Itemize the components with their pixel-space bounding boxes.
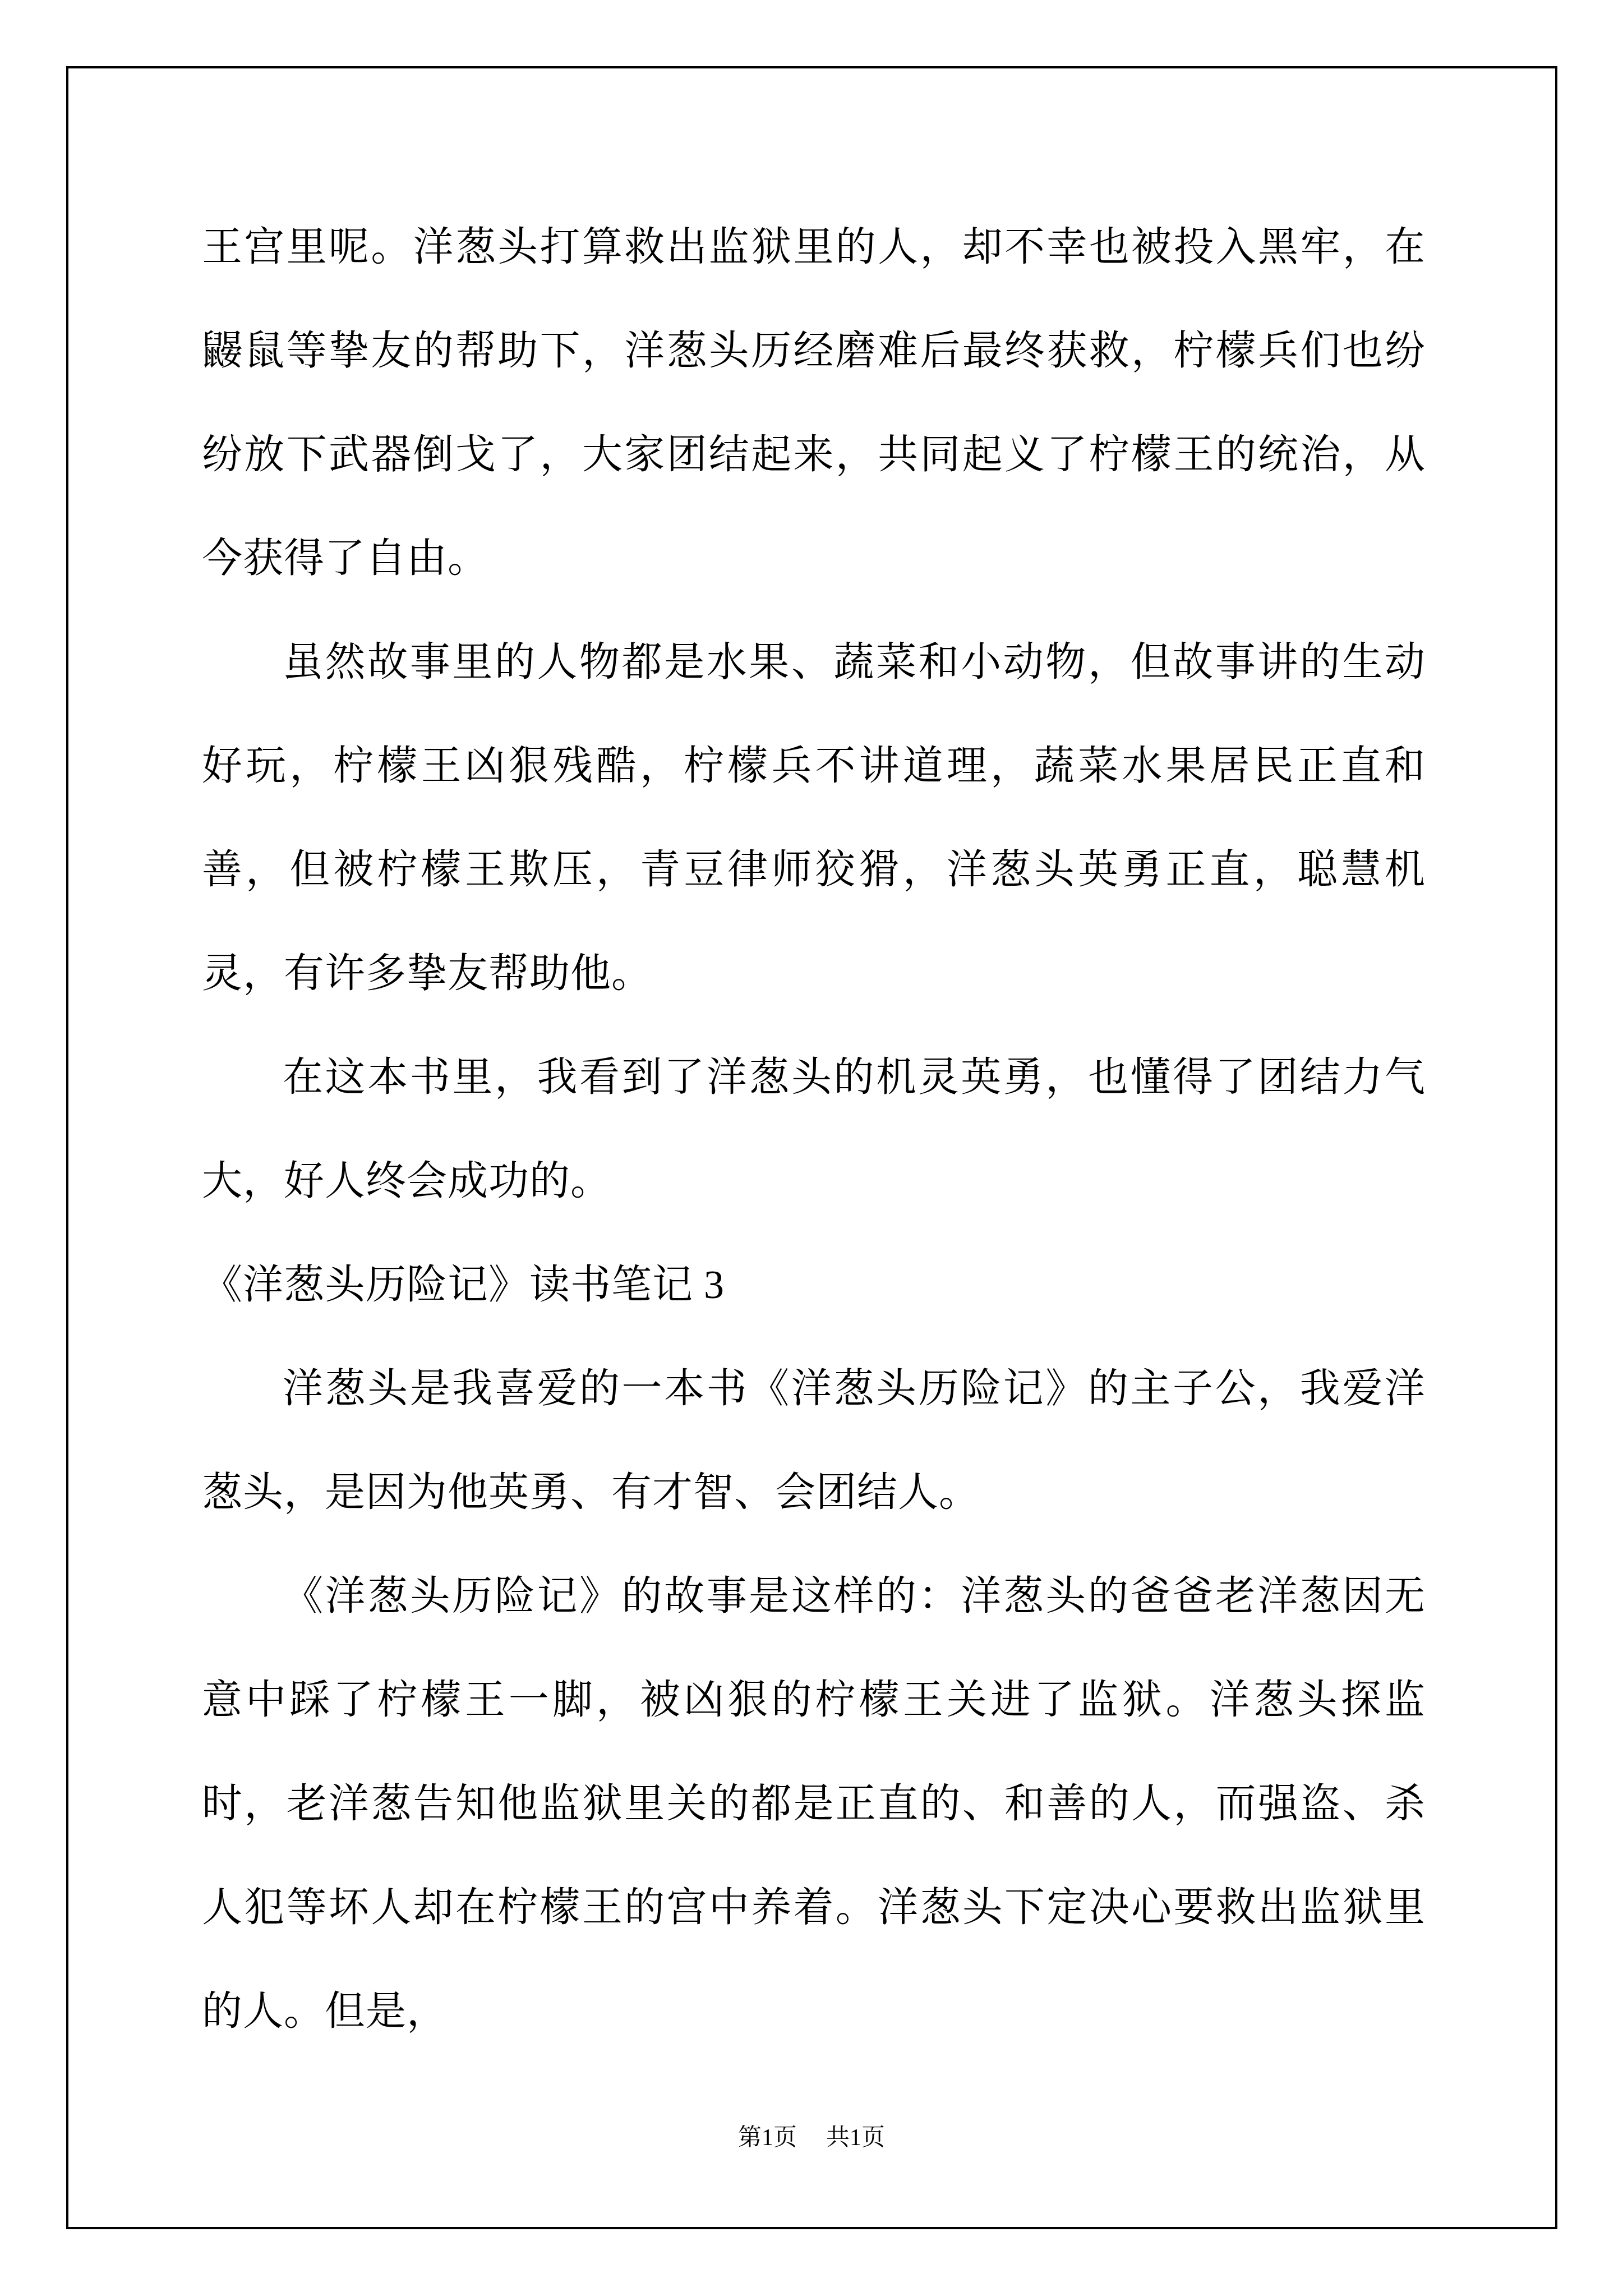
- paragraph-4: 洋葱头是我喜爱的一本书《洋葱头历险记》的主子公，我爱洋葱头，是因为他英勇、有才智…: [202, 1337, 1426, 1544]
- paragraph-3: 在这本书里，我看到了洋葱头的机灵英勇，也懂得了团结力气大，好人终会成功的。: [202, 1025, 1426, 1233]
- footer-total-pages-label: 共1页: [826, 2122, 885, 2154]
- page-footer: 第1页 共1页: [0, 2122, 1623, 2154]
- section-heading: 《洋葱头历险记》读书笔记 3: [202, 1233, 1426, 1337]
- paragraph-2: 虽然故事里的人物都是水果、蔬菜和小动物，但故事讲的生动好玩，柠檬王凶狠残酷，柠檬…: [202, 610, 1426, 1025]
- footer-current-page-label: 第1页: [738, 2122, 797, 2154]
- document-body: 王宫里呢。洋葱头打算救出监狱里的人，却不幸也被投入黑牢，在鼹鼠等挚友的帮助下，洋…: [202, 195, 1426, 2063]
- paragraph-1: 王宫里呢。洋葱头打算救出监狱里的人，却不幸也被投入黑牢，在鼹鼠等挚友的帮助下，洋…: [202, 195, 1426, 610]
- document-page: { "doc": { "paragraphs": [ { "role": "bo…: [0, 0, 1623, 2296]
- paragraph-5: 《洋葱头历险记》的故事是这样的：洋葱头的爸爸老洋葱因无意中踩了柠檬王一脚，被凶狠…: [202, 1544, 1426, 2063]
